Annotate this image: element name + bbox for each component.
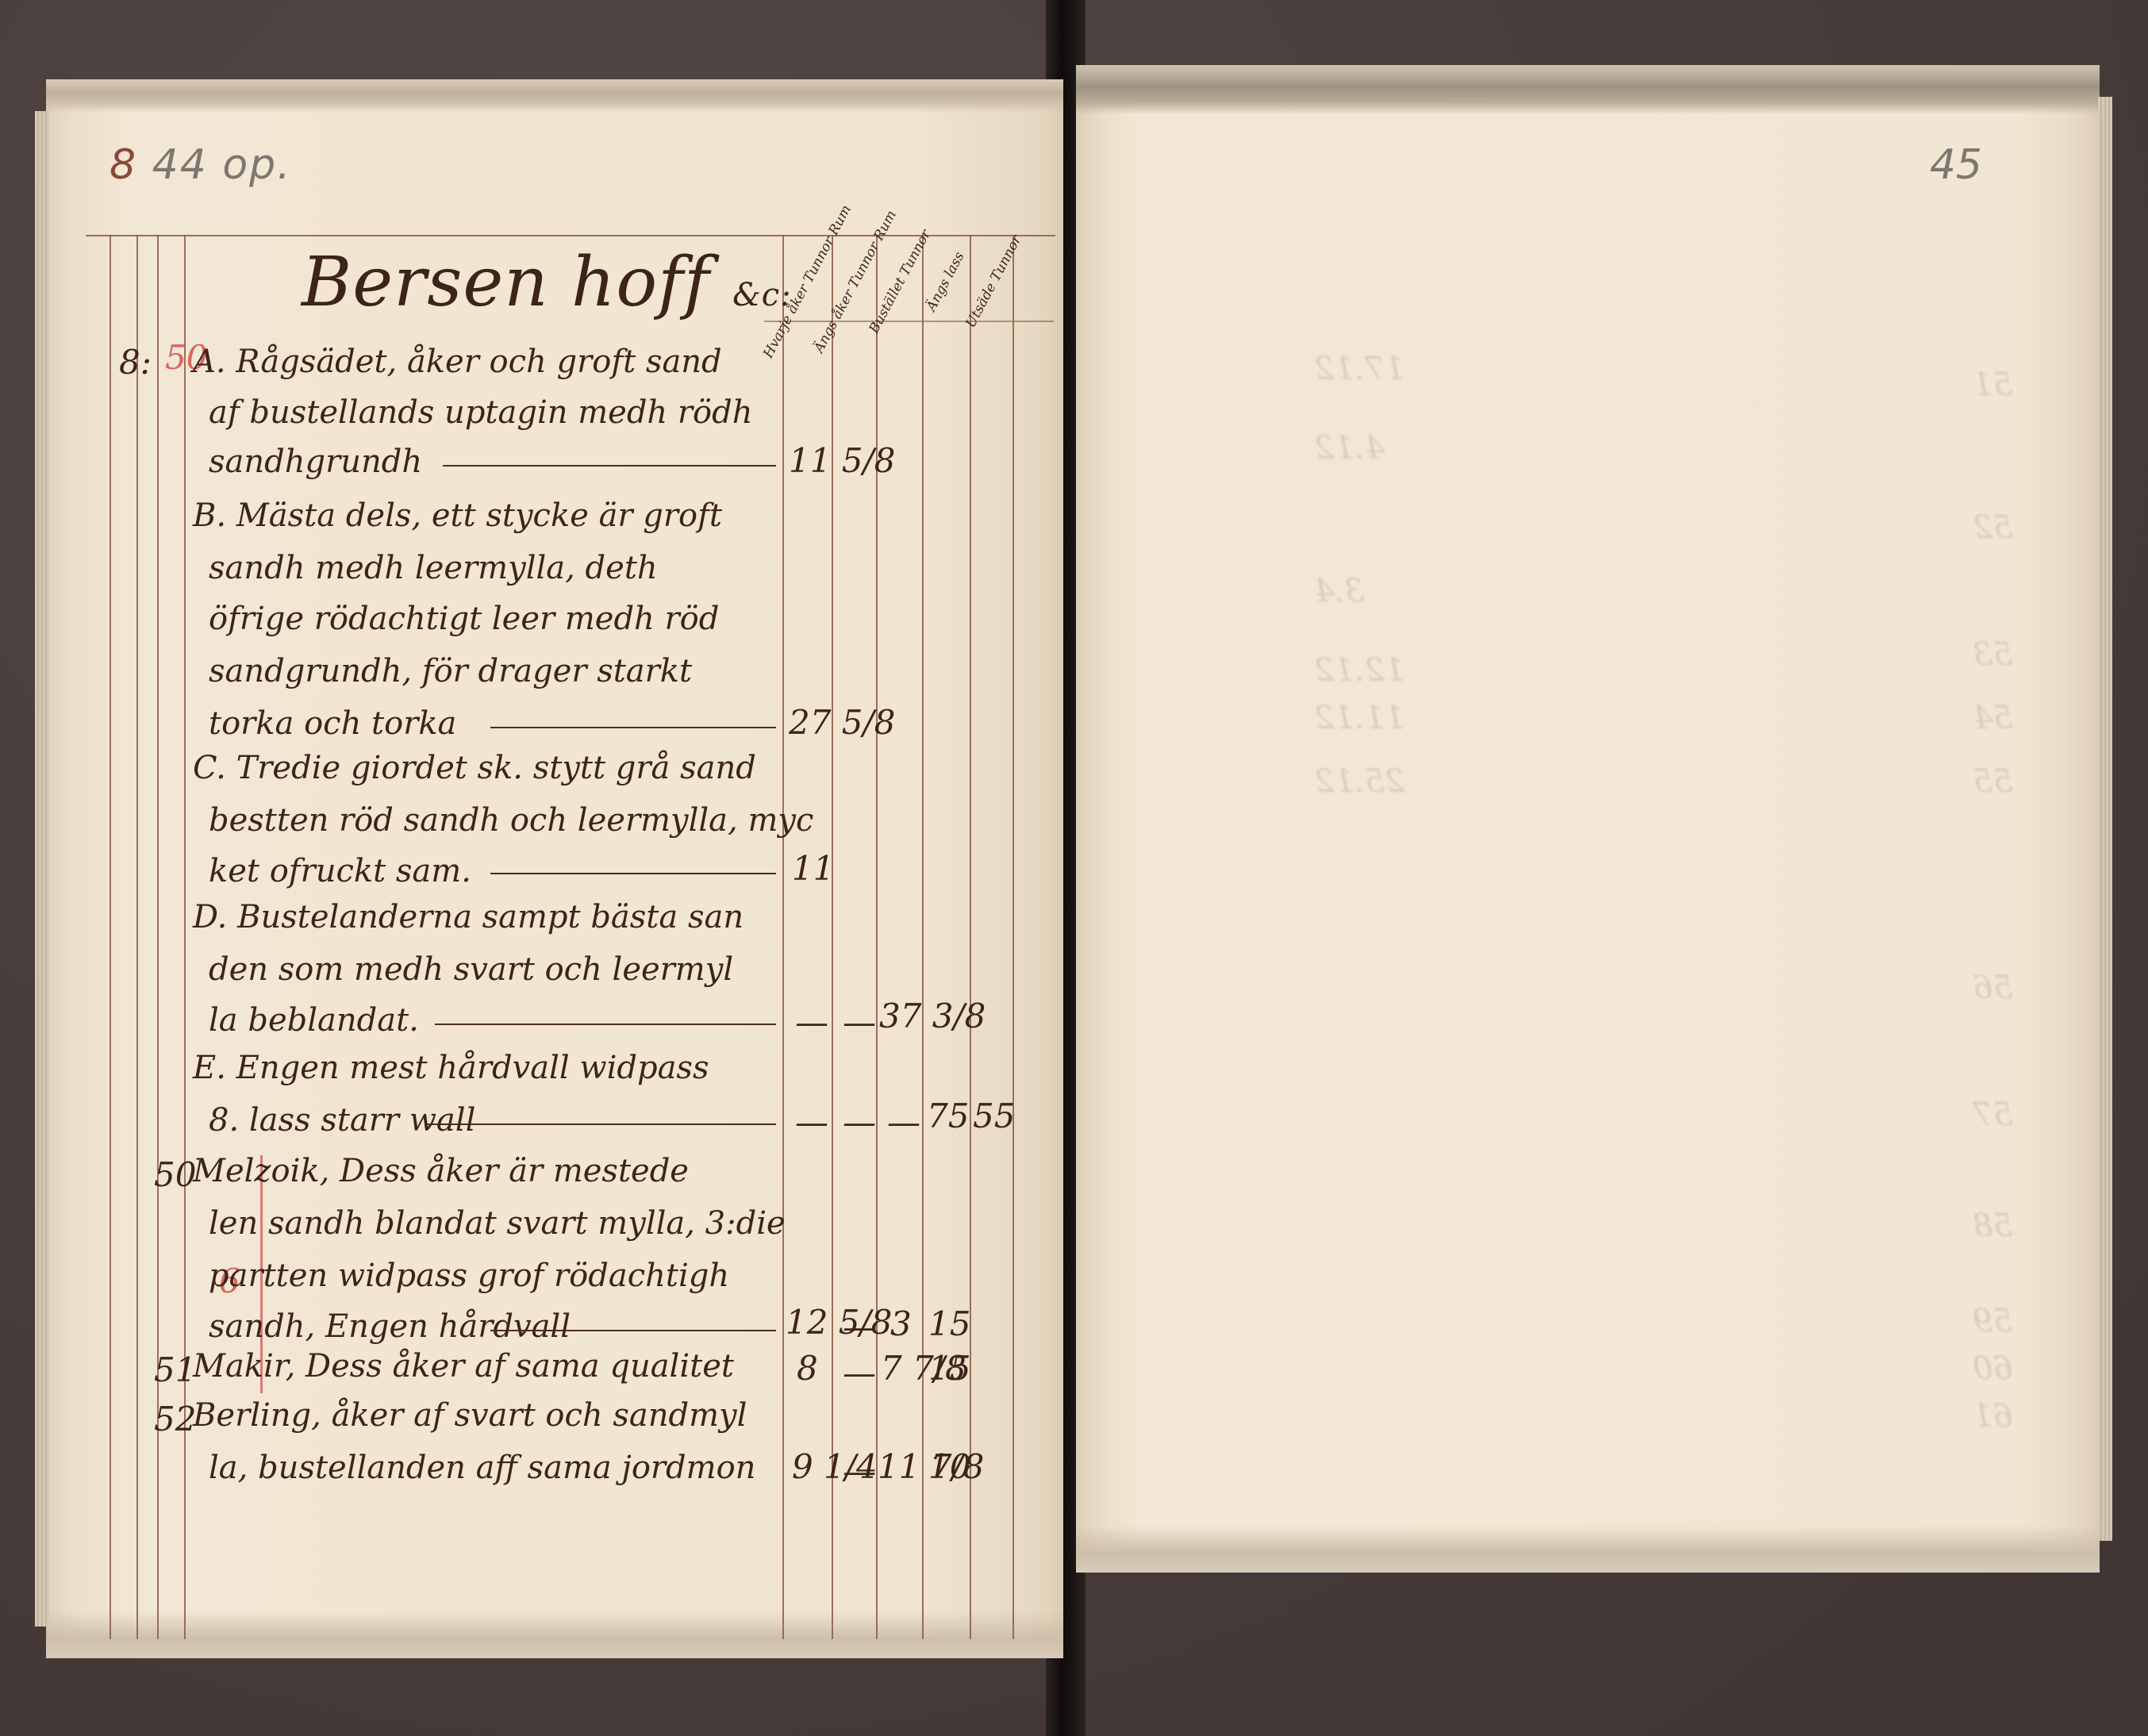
bleed-through-number: 58 — [1973, 1208, 2013, 1244]
column-header-1: Hvarje åker Tunnor Rum — [786, 238, 830, 325]
col-rule-6 — [1013, 235, 1014, 1639]
bleed-through-number: 55 — [1973, 763, 2013, 800]
value-cell: 55 — [973, 1100, 1015, 1133]
leader-line — [435, 1024, 776, 1025]
entry-line: Berling, åker af svart och sandmyl — [193, 1400, 747, 1431]
value-cell: — — [887, 1106, 920, 1139]
value-cell: 75 — [927, 1100, 969, 1133]
value-cell: 12 5/8 — [786, 1306, 892, 1339]
bleed-through-text: 3.4 — [1314, 573, 1365, 609]
bleed-through-text: 4.12 — [1314, 430, 1385, 467]
column-header-5: Utsäde Tunnor — [971, 238, 1016, 325]
value-cell: — — [843, 1357, 876, 1390]
entry-line: E. Engen mest hårdvall widpass — [193, 1052, 709, 1084]
value-cell: 3 — [890, 1308, 912, 1341]
right-page: 45 17.12 4.12 3.4 12.12 11.12 25.12 51 5… — [1076, 65, 2100, 1573]
archive-mark: 8 44 op. — [110, 141, 292, 189]
page-top-edge — [1076, 65, 2100, 114]
value-cell: 8 — [797, 1352, 818, 1385]
value-cell: 11 5/8 — [789, 444, 895, 478]
value-cell: 37 3/8 — [879, 1000, 986, 1033]
bleed-through-text: 25.12 — [1314, 763, 1405, 800]
page-top-edge — [46, 79, 1063, 113]
entry-line: A. Rågsädet, åker och groft sand — [193, 346, 722, 378]
entry-line: Melzoik, Dess åker är mestede — [193, 1155, 689, 1187]
entry-line: la, bustellanden aff sama jordmon — [209, 1452, 755, 1484]
entry-line: sandh medh leermylla, deth — [209, 552, 658, 584]
entry-line: af bustellands uptagin medh rödh — [209, 397, 752, 428]
bleed-through-number: 52 — [1973, 509, 2013, 546]
leader-line — [490, 1330, 776, 1331]
top-ruling — [86, 235, 1055, 236]
margin-number: 8: — [119, 343, 152, 382]
entry-line: C. Tredie giordet sk. stytt grå sand — [193, 752, 756, 784]
value-cell: 15 — [928, 1308, 970, 1341]
col-rule-1 — [782, 235, 784, 1639]
bleed-through-number: 56 — [1973, 970, 2013, 1006]
value-cell: 15 — [928, 1352, 970, 1385]
bleed-through-text: 11.12 — [1314, 700, 1405, 736]
entry-line: ket ofruckt sam. — [209, 855, 471, 887]
entry-line: B. Mästa dels, ett stycke är groft — [193, 500, 722, 532]
value-cell: — — [795, 1106, 828, 1139]
entry-line: partten widpass grof rödachtigh — [209, 1260, 729, 1292]
bleed-through-number: 59 — [1973, 1303, 2013, 1339]
column-header-4: Ängs lass — [924, 238, 968, 325]
leader-line — [490, 873, 776, 874]
margin-rule-1 — [110, 235, 111, 1639]
bleed-through-text: 12.12 — [1314, 652, 1405, 689]
entry-line: sandh, Engen hårdvall — [209, 1311, 571, 1342]
value-cell: — — [843, 1455, 876, 1488]
entry-line: öfrige rödachtigt leer medh röd — [209, 603, 719, 635]
col-rule-5 — [970, 235, 971, 1639]
col-rule-4 — [922, 235, 924, 1639]
value-cell: 11 — [792, 852, 834, 885]
margin-number: 50 — [154, 1155, 196, 1194]
entry-line: la beblandat. — [209, 1004, 419, 1036]
value-cell: — — [843, 1006, 876, 1039]
margin-number: 51 — [154, 1350, 196, 1389]
value-cell: 10 — [928, 1450, 970, 1484]
page-number: 45 — [1930, 141, 1982, 189]
entry-line: len sandh blandat svart mylla, 3:die — [209, 1208, 786, 1239]
entry-line: 8. lass starr wall — [209, 1104, 475, 1136]
page-bottom-edge — [1076, 1525, 2100, 1573]
bleed-through-number: 61 — [1973, 1398, 2013, 1435]
value-cell: — — [843, 1311, 876, 1344]
bleed-through-text: 17.12 — [1314, 351, 1405, 387]
leader-line — [443, 465, 776, 467]
value-cell: — — [795, 1006, 828, 1039]
bleed-through-number: 53 — [1973, 636, 2013, 673]
bleed-through-number: 51 — [1973, 367, 2013, 403]
bleed-through-number: 57 — [1973, 1097, 2013, 1133]
entry-line: Makir, Dess åker af sama qualitet — [193, 1350, 734, 1382]
column-header-2: Ängs åker Tunnor Rum — [833, 238, 878, 325]
value-cell: — — [843, 1106, 876, 1139]
leader-line — [427, 1123, 776, 1125]
entry-line: D. Bustelanderna sampt bästa san — [193, 901, 744, 933]
page-fore-edge — [35, 111, 49, 1627]
bleed-through-number: 60 — [1973, 1350, 2013, 1387]
page-title: Bersen hoff &c: — [302, 243, 792, 322]
page-bottom-edge — [46, 1611, 1063, 1658]
margin-number: 52 — [154, 1400, 196, 1438]
column-header-3: Bustället Tunnor — [878, 238, 922, 325]
entry-line: sandhgrundh — [209, 446, 422, 478]
leader-line — [490, 727, 776, 728]
entry-line: sandgrundh, för drager starkt — [209, 655, 692, 687]
bleed-through-number: 54 — [1973, 700, 2013, 736]
margin-rule-2 — [136, 235, 138, 1639]
entry-line: torka och torka — [209, 708, 456, 739]
entry-line: den som medh svart och leermyl — [209, 954, 733, 985]
page-fore-edge — [2098, 97, 2112, 1541]
value-cell: 27 5/8 — [789, 706, 895, 739]
left-page: 8 44 op. Bersen hoff &c: Hvarje åker Tun… — [46, 79, 1063, 1658]
entry-line: bestten röd sandh och leermylla, myc — [209, 805, 813, 836]
